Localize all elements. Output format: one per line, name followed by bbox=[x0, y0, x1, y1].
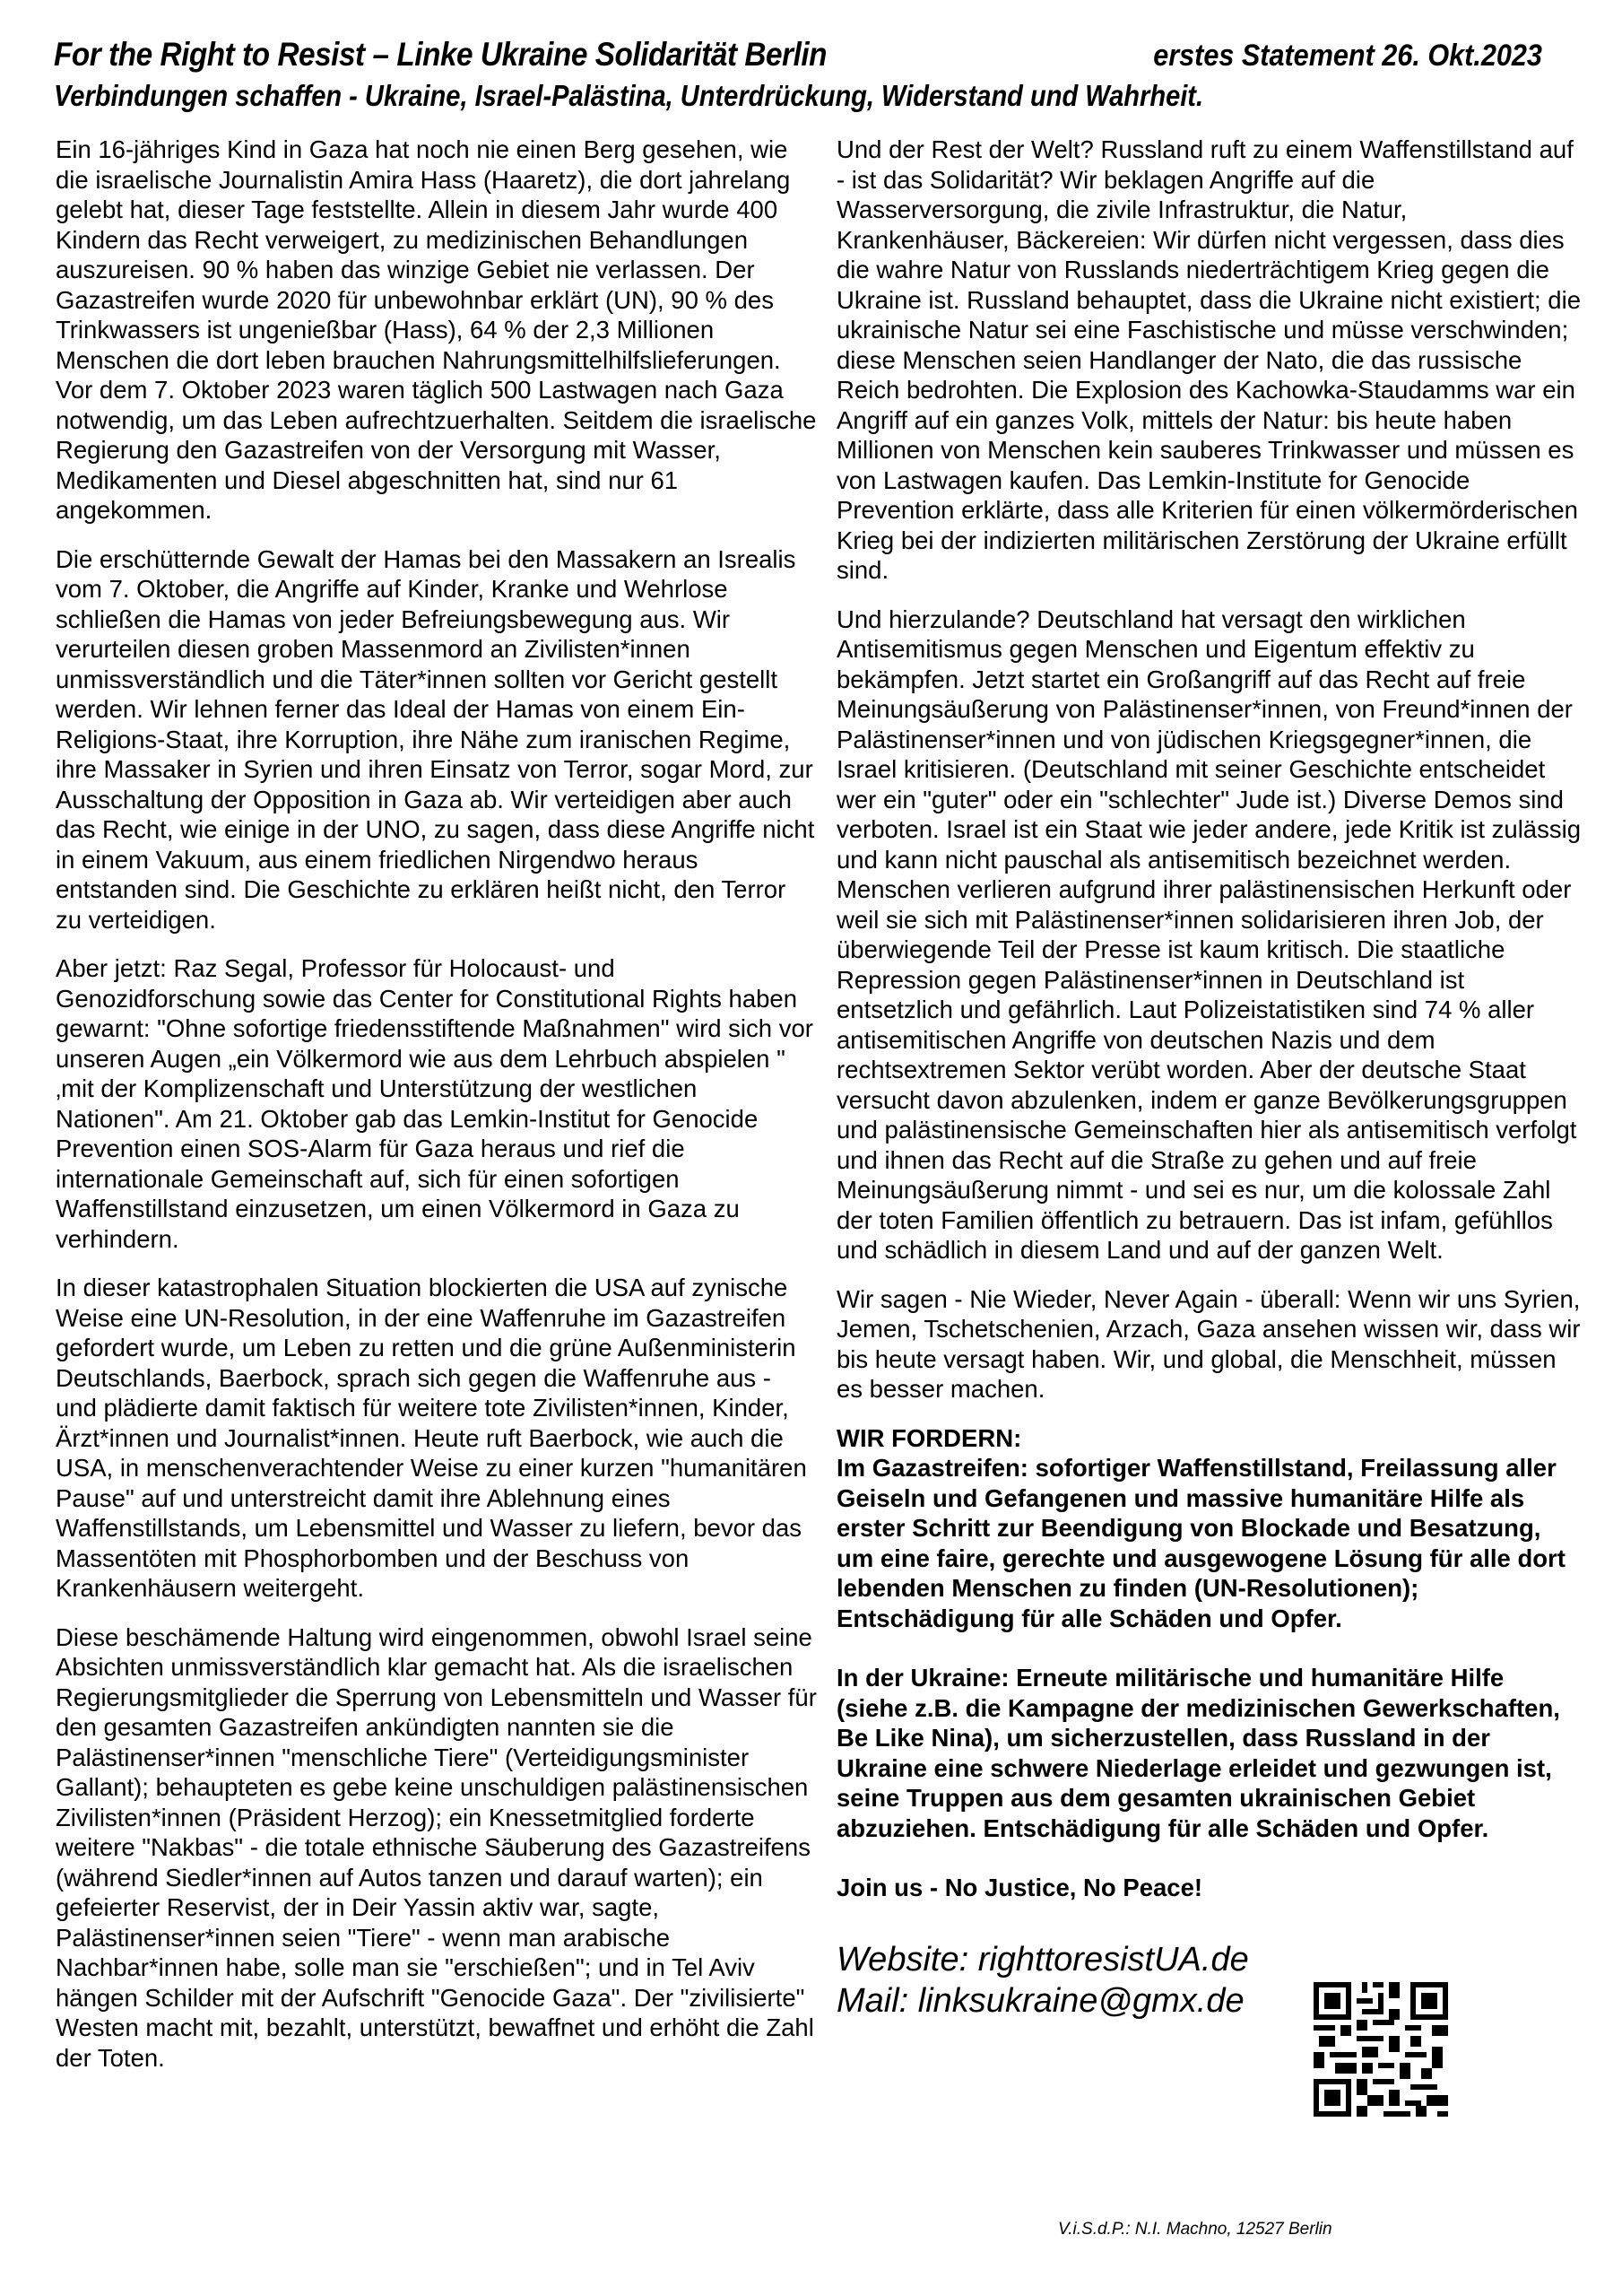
paragraph: Und hierzulande? Deutschland hat versagt… bbox=[837, 604, 1581, 1265]
contact-block: Website: righttoresistUA.de Mail: linksu… bbox=[837, 1939, 1581, 2022]
header: For the Right to Resist – Linke Ukraine … bbox=[54, 36, 1569, 113]
paragraph: Und der Rest der Welt? Russland ruft zu … bbox=[837, 135, 1581, 586]
page-subtitle: Verbindungen schaffen - Ukraine, Israel-… bbox=[54, 79, 1387, 113]
qr-code-icon[interactable] bbox=[1314, 1982, 1448, 2117]
email-link[interactable]: Mail: linksukraine@gmx.de bbox=[837, 1980, 1581, 2022]
right-column: Und der Rest der Welt? Russland ruft zu … bbox=[837, 135, 1581, 2022]
demand-gaza: Im Gazastreifen: sofortiger Waffenstills… bbox=[837, 1453, 1581, 1633]
paragraph: Diese beschämende Haltung wird eingenomm… bbox=[56, 1622, 818, 2074]
paragraph: Wir sagen - Nie Wieder, Never Again - üb… bbox=[837, 1284, 1581, 1405]
paragraph: Aber jetzt: Raz Segal, Professor für Hol… bbox=[56, 953, 818, 1254]
join-us-slogan: Join us - No Justice, No Peace! bbox=[837, 1873, 1581, 1903]
imprint: V.i.S.d.P.: N.I. Machno, 12527 Berlin bbox=[1058, 2220, 1332, 2239]
demand-ukraine: In der Ukraine: Erneute militärische und… bbox=[837, 1663, 1581, 1843]
demands-title: WIR FORDERN: bbox=[837, 1423, 1581, 1454]
title-row: For the Right to Resist – Linke Ukraine … bbox=[54, 36, 1569, 74]
statement-date: erstes Statement 26. Okt.2023 bbox=[1153, 39, 1542, 74]
page-title: For the Right to Resist – Linke Ukraine … bbox=[54, 36, 827, 74]
left-column: Ein 16-jähriges Kind in Gaza hat noch ni… bbox=[56, 135, 818, 2092]
paragraph: Ein 16-jähriges Kind in Gaza hat noch ni… bbox=[56, 135, 818, 526]
website-link[interactable]: Website: righttoresistUA.de bbox=[837, 1939, 1581, 1980]
paragraph: Die erschütternde Gewalt der Hamas bei d… bbox=[56, 544, 818, 935]
paragraph: In dieser katastrophalen Situation block… bbox=[56, 1273, 818, 1604]
